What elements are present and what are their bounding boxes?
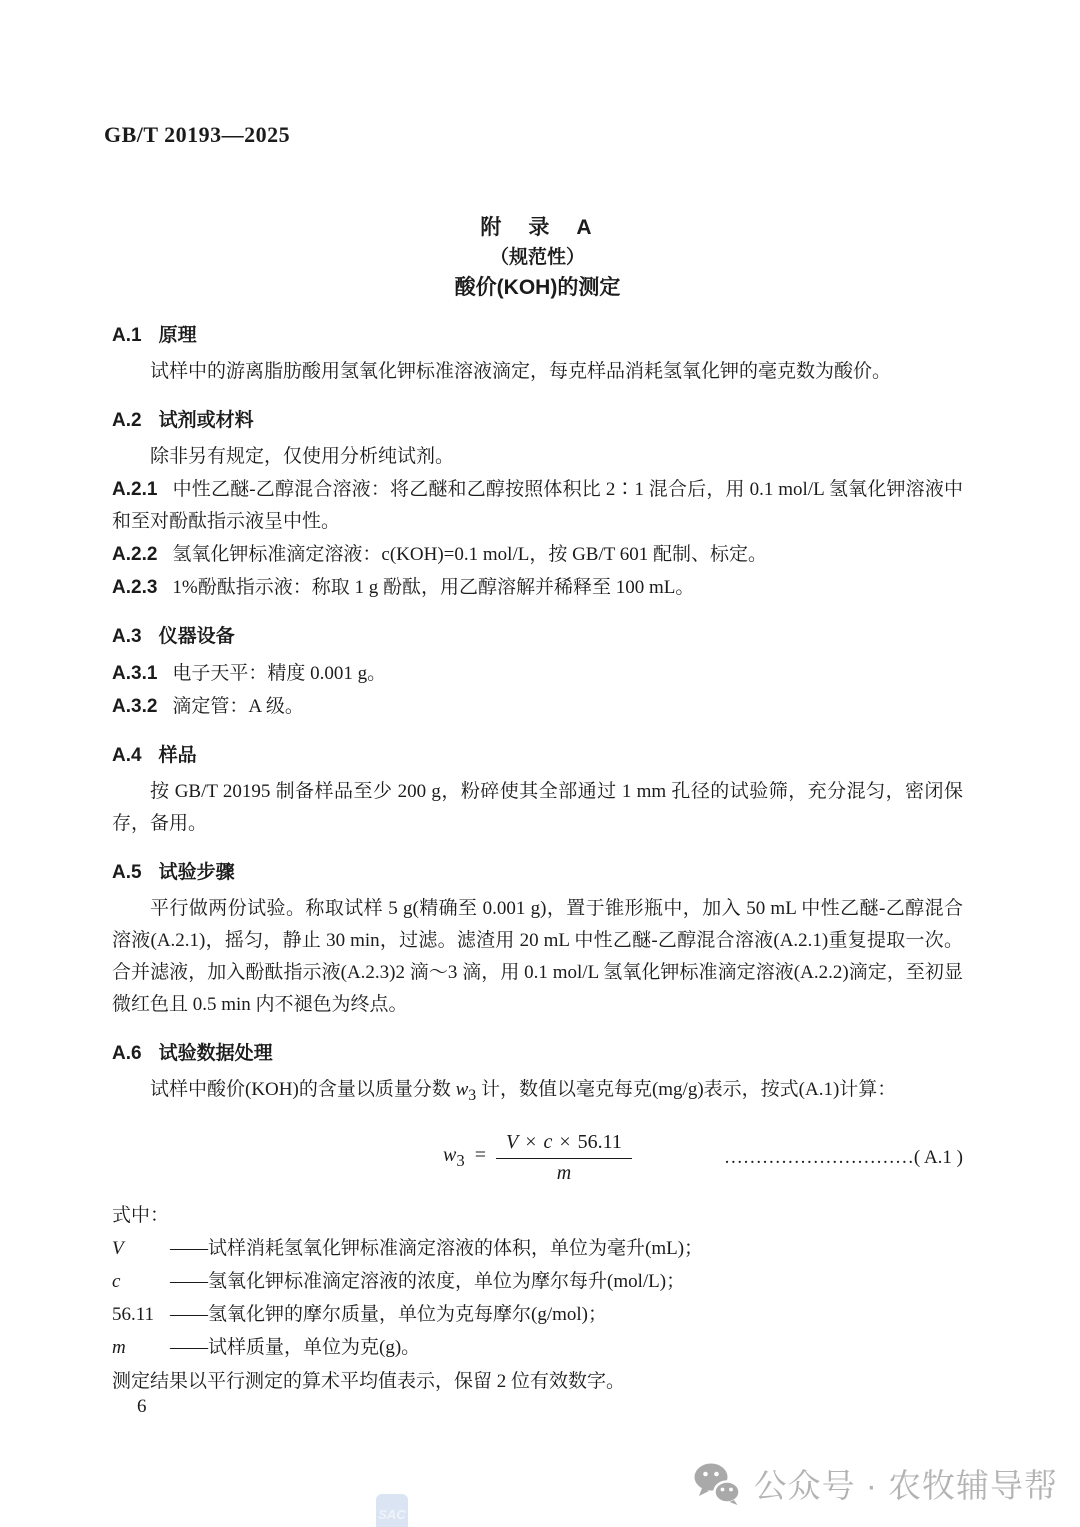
where-item-5611: 56.11——氢氧化钾的摩尔质量，单位为克每摩尔(g/mol)；	[112, 1298, 963, 1331]
wechat-icon	[693, 1462, 741, 1506]
clause-number: A.2.3	[112, 577, 157, 598]
document-page: { "doc": { "header": "GB/T 20193—2025", …	[0, 0, 1080, 1527]
fraction-denominator: m	[557, 1159, 571, 1185]
where-desc: ——氢氧化钾标准滴定溶液的浓度，单位为摩尔每升(mol/L)；	[170, 1265, 963, 1298]
symbol-w3: w	[456, 1079, 469, 1100]
clause-text: 电子天平：精度 0.001 g。	[172, 663, 386, 684]
where-intro: 式中：	[112, 1200, 963, 1232]
where-symbol: 56.11	[112, 1298, 170, 1331]
formula-fraction: V×c×56.11 m	[496, 1131, 632, 1185]
section-title: 原理	[159, 323, 197, 348]
appendix-subject: 酸价(KOH)的测定	[112, 273, 963, 303]
section-title: 仪器设备	[159, 624, 235, 649]
clause-a3-1: A.3.1电子天平：精度 0.001 g。	[112, 658, 963, 690]
paragraph-a2: 除非另有规定，仅使用分析纯试剂。	[112, 441, 963, 473]
section-heading-a2: A.2 试剂或材料	[112, 408, 963, 433]
where-desc: ——氢氧化钾的摩尔质量，单位为克每摩尔(g/mol)；	[170, 1298, 963, 1331]
section-number: A.3	[112, 624, 142, 649]
result-note: 测定结果以平行测定的算术平均值表示，保留 2 位有效数字。	[112, 1366, 963, 1398]
where-desc: ——试样消耗氢氧化钾标准滴定溶液的体积，单位为毫升(mL)；	[170, 1232, 963, 1265]
section-title: 试验步骤	[159, 860, 235, 885]
where-symbol: m	[112, 1331, 170, 1364]
where-desc: ——试样质量，单位为克(g)。	[170, 1331, 963, 1364]
paragraph-a6: 试样中酸价(KOH)的含量以质量分数 w3 计，数值以毫克每克(mg/g)表示，…	[112, 1074, 963, 1112]
section-number: A.5	[112, 860, 142, 885]
clause-a2-3: A.2.31%酚酞指示液：称取 1 g 酚酞，用乙醇溶解并稀释至 100 mL。	[112, 572, 963, 604]
where-item-v: V——试样消耗氢氧化钾标准滴定溶液的体积，单位为毫升(mL)；	[112, 1232, 963, 1265]
clause-a3-2: A.3.2滴定管：A 级。	[112, 691, 963, 723]
section-number: A.6	[112, 1041, 142, 1066]
sac-logo-label: SAC	[378, 1507, 405, 1522]
fraction-numerator: V×c×56.11	[496, 1131, 632, 1159]
clause-text: 氢氧化钾标准滴定溶液：c(KOH)=0.1 mol/L，按 GB/T 601 配…	[172, 544, 767, 565]
wechat-watermark: 公众号 · 农牧辅导帮	[693, 1460, 1058, 1507]
clause-a2-1: A.2.1中性乙醚-乙醇混合溶液：将乙醚和乙醇按照体积比 2∶1 混合后，用 0…	[112, 474, 963, 538]
section-title: 样品	[159, 743, 197, 768]
clause-number: A.2.1	[112, 479, 157, 500]
paragraph-a1: 试样中的游离脂肪酸用氢氧化钾标准溶液滴定，每克样品消耗氢氧化钾的毫克数为酸价。	[112, 356, 963, 388]
section-heading-a5: A.5 试验步骤	[112, 860, 963, 885]
clause-a2-2: A.2.2氢氧化钾标准滴定溶液：c(KOH)=0.1 mol/L，按 GB/T …	[112, 539, 963, 571]
clause-number: A.3.1	[112, 663, 157, 684]
where-symbol: c	[112, 1265, 170, 1298]
where-symbol: V	[112, 1232, 170, 1265]
formula-intro-post: 计，数值以毫克每克(mg/g)表示，按式(A.1)计算：	[476, 1079, 896, 1100]
section-heading-a3: A.3 仪器设备	[112, 624, 963, 649]
formula-lhs: w3=	[443, 1144, 496, 1171]
clause-number: A.2.2	[112, 544, 157, 565]
page-content: 附 录 A （规范性） 酸价(KOH)的测定 A.1 原理 试样中的游离脂肪酸用…	[112, 212, 963, 1398]
section-heading-a6: A.6 试验数据处理	[112, 1041, 963, 1066]
formula-number-label: …………………………( A.1 )	[724, 1147, 963, 1169]
where-item-m: m——试样质量，单位为克(g)。	[112, 1331, 963, 1364]
formula-intro-pre: 试样中酸价(KOH)的含量以质量分数	[150, 1079, 456, 1100]
section-title: 试剂或材料	[159, 408, 254, 433]
appendix-normative-tag: （规范性）	[112, 243, 963, 273]
symbol-w3-sub: 3	[468, 1087, 476, 1104]
paragraph-a5: 平行做两份试验。称取试样 5 g(精确至 0.001 g)，置于锥形瓶中，加入 …	[112, 893, 963, 1021]
section-number: A.4	[112, 743, 142, 768]
page-number: 6	[137, 1396, 147, 1418]
section-number: A.2	[112, 408, 142, 433]
where-item-c: c——氢氧化钾标准滴定溶液的浓度，单位为摩尔每升(mol/L)；	[112, 1265, 963, 1298]
section-title: 试验数据处理	[159, 1041, 273, 1066]
section-heading-a4: A.4 样品	[112, 743, 963, 768]
formula-a1: w3= V×c×56.11 m …………………………( A.1 )	[112, 1124, 963, 1192]
appendix-title-block: 附 录 A （规范性） 酸价(KOH)的测定	[112, 212, 963, 303]
clause-number: A.3.2	[112, 696, 157, 717]
watermark-text: 公众号 · 农牧辅导帮	[754, 1460, 1058, 1507]
clause-text: 滴定管：A 级。	[172, 696, 303, 717]
clause-text: 1%酚酞指示液：称取 1 g 酚酞，用乙醇溶解并稀释至 100 mL。	[172, 577, 694, 598]
clause-text: 中性乙醚-乙醇混合溶液：将乙醚和乙醇按照体积比 2∶1 混合后，用 0.1 mo…	[112, 479, 963, 532]
section-number: A.1	[112, 323, 142, 348]
appendix-title: 附 录 A	[112, 212, 963, 243]
sac-logo: SAC	[376, 1494, 408, 1527]
section-heading-a1: A.1 原理	[112, 323, 963, 348]
paragraph-a4: 按 GB/T 20195 制备样品至少 200 g，粉碎使其全部通过 1 mm …	[112, 776, 963, 840]
standard-number: GB/T 20193—2025	[104, 122, 290, 148]
